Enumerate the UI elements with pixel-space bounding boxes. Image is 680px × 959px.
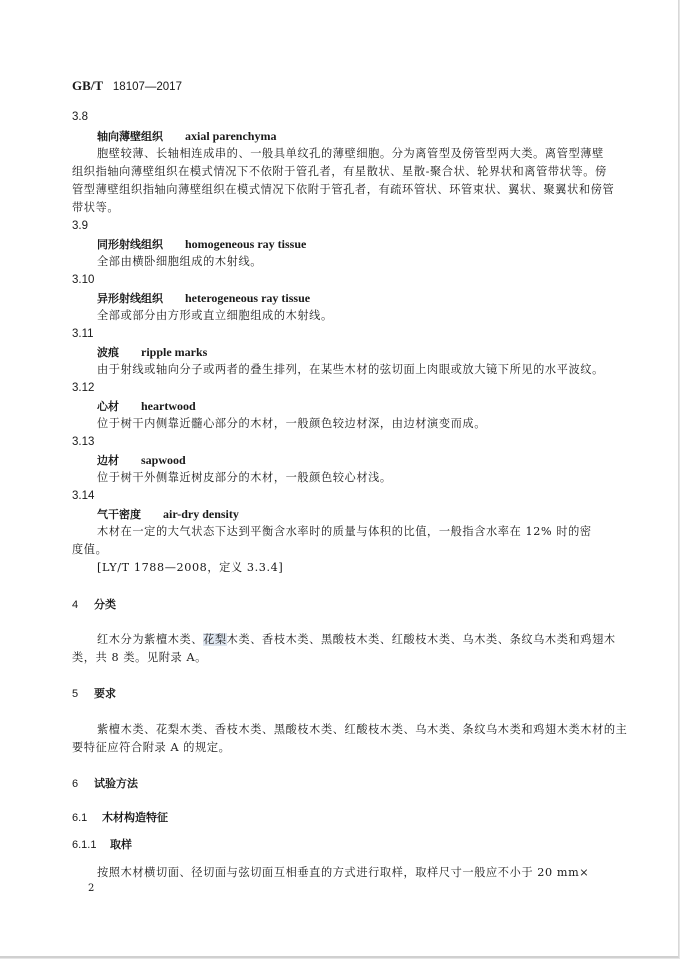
term-zh: 轴向薄壁组织 [97,130,163,143]
text-run: 木类、香枝木类、黑酸枝木类、红酸枝木类、乌木类、条纹乌木类和鸡翅木 [227,633,616,646]
standard-header: GB/T 18107—2017 [72,78,182,95]
standard-prefix: GB/T [72,78,103,93]
term-zh: 同形射线组织 [97,238,163,251]
term-zh: 异形射线组织 [97,292,163,305]
term-en: ripple marks [141,345,207,359]
section-number: 6 [72,776,94,792]
term-en: heterogeneous ray tissue [185,291,310,305]
section-number: 4 [72,597,94,613]
term-body-line: 胞壁较薄、长轴相连成串的、一般具单纹孔的薄壁细胞。分为离管型及傍管型两大类。离管… [97,146,604,162]
text-selection-highlight[interactable]: 花梨 [203,633,227,646]
term-heading: 轴向薄壁组织axial parenchyma [97,128,276,145]
section-number: 5 [72,686,94,702]
section-body-line: 按照木材横切面、径切面与弦切面互相垂直的方式进行取样，取样尺寸一般应不小于 20… [97,865,589,881]
page-number: 2 [88,881,94,897]
section-title: 分类 [94,598,116,611]
text-run: 红木分为紫檀木类、 [97,633,203,646]
term-body-line: 全部由横卧细胞组成的木射线。 [97,254,262,270]
term-en: air-dry density [163,507,239,521]
term-body-line: 度值。 [72,542,107,558]
term-number: 3.9 [72,218,88,234]
term-number: 3.8 [72,109,88,125]
term-en: sapwood [141,453,186,467]
section-title: 取样 [110,838,132,851]
term-body-line: 全部或部分由方形或直立细胞组成的木射线。 [97,308,333,324]
term-body-line: 由于射线或轴向分子或两者的叠生排列，在某些木材的弦切面上肉眼或放大镜下所见的水平… [97,362,604,378]
term-en: heartwood [141,399,196,413]
term-number: 3.11 [72,326,94,342]
term-number: 3.14 [72,488,94,504]
term-body-line: 管型薄壁组织指轴向薄壁组织在模式情况下依附于管孔者，有疏环管状、环管束状、翼状、… [72,182,614,198]
term-reference: [LY/T 1788—2008，定义 3.3.4] [97,560,283,576]
term-heading: 波痕ripple marks [97,344,207,361]
term-en: axial parenchyma [185,129,276,143]
term-body-line: 组织指轴向薄壁组织在模式情况下不依附于管孔者，有星散状、星散-聚合状、轮界状和离… [72,164,607,180]
term-zh: 波痕 [97,346,119,359]
section-number: 6.1 [72,810,102,826]
section-heading-5: 5要求 [72,686,116,702]
section-title: 木材构造特征 [102,811,168,824]
term-body-line: 木材在一定的大气状态下达到平衡含水率时的质量与体积的比值，一般指含水率在 12%… [97,524,592,540]
term-zh: 气干密度 [97,508,141,521]
term-number: 3.13 [72,434,94,450]
term-en: homogeneous ray tissue [185,237,306,251]
section-body-line: 紫檀木类、花梨木类、香枝木类、黑酸枝木类、红酸枝木类、乌木类、条纹乌木类和鸡翅木… [97,722,627,738]
section-body-line: 类，共 8 类。见附录 A。 [72,650,207,666]
term-heading: 边材sapwood [97,452,186,469]
term-heading: 异形射线组织heterogeneous ray tissue [97,290,310,307]
document-page: GB/T 18107—2017 3.8 轴向薄壁组织axial parenchy… [0,0,679,958]
section-heading-6-1-1: 6.1.1取样 [72,837,132,853]
standard-number: 18107—2017 [113,81,182,93]
term-body-line: 位于树干内侧靠近髓心部分的木材，一般颜色较边材深，由边材演变而成。 [97,416,486,432]
section-body-line: 红木分为紫檀木类、花梨木类、香枝木类、黑酸枝木类、红酸枝木类、乌木类、条纹乌木类… [97,632,616,648]
section-number: 6.1.1 [72,837,110,853]
term-zh: 边材 [97,454,119,467]
term-number: 3.10 [72,272,94,288]
section-heading-6-1: 6.1木材构造特征 [72,810,168,826]
term-body-line: 位于树干外侧靠近树皮部分的木材，一般颜色较心材浅。 [97,470,392,486]
section-title: 试验方法 [94,777,138,790]
section-heading-4: 4分类 [72,597,116,613]
section-title: 要求 [94,687,116,700]
term-heading: 同形射线组织homogeneous ray tissue [97,236,306,253]
term-body-line: 带状等。 [72,200,119,216]
term-number: 3.12 [72,380,94,396]
section-heading-6: 6试验方法 [72,776,138,792]
term-zh: 心材 [97,400,119,413]
term-heading: 心材heartwood [97,398,196,415]
term-heading: 气干密度air-dry density [97,506,239,523]
section-body-line: 要特征应符合附录 A 的规定。 [72,740,230,756]
